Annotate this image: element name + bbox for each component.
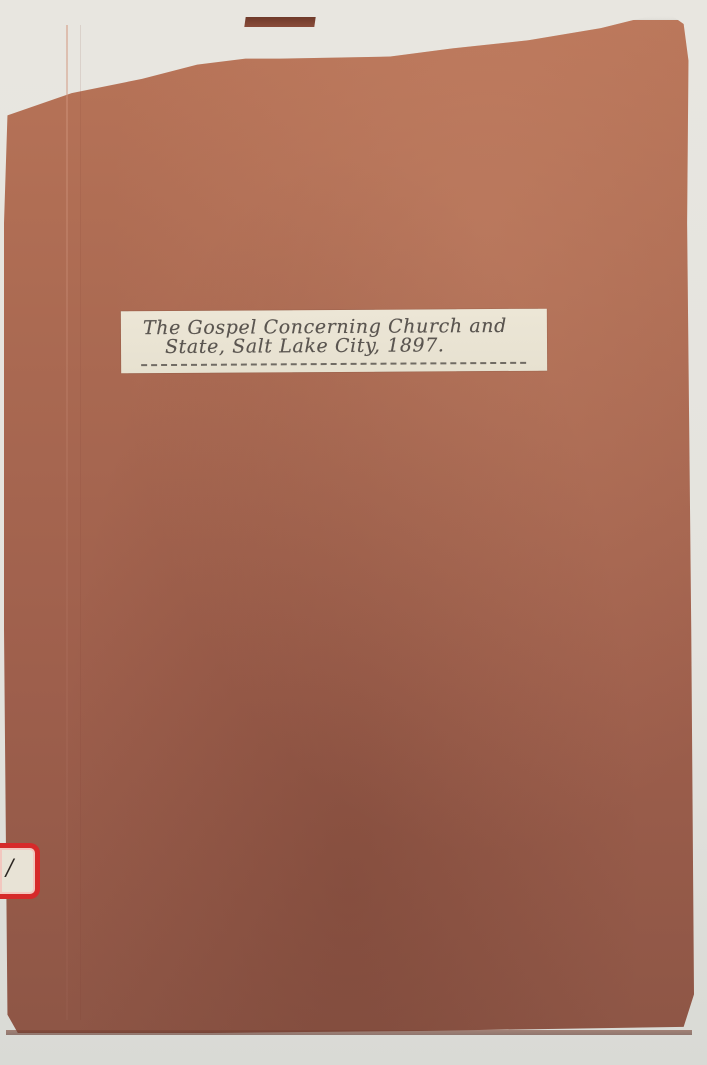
pamphlet-cover <box>4 20 694 1035</box>
bottom-edge-shadow <box>6 1030 692 1035</box>
library-call-number-tag: / <box>0 843 40 899</box>
call-number-text: / <box>6 858 13 880</box>
spine-fold-line <box>66 25 68 1020</box>
top-edge-tear <box>244 17 315 27</box>
title-label-line-2: State, Salt Lake City, 1897. <box>165 334 445 358</box>
title-label: The Gospel Concerning Church and State, … <box>121 309 547 374</box>
spine-fold-shadow <box>80 25 81 1020</box>
title-label-dashed-underline <box>141 362 526 366</box>
